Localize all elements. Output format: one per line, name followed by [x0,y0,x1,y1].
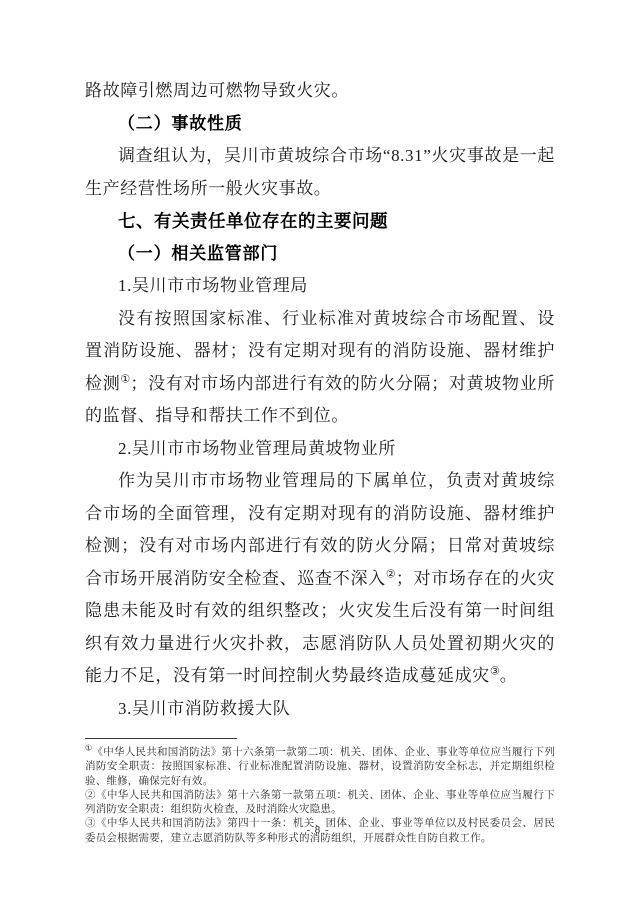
paragraph-accident-nature: 调查组认为，吴川市黄坡综合市场“8.31”火灾事故是一起生产经营性场所一般火灾事… [85,140,555,205]
heading-section-seven: 七、有关责任单位存在的主要问题 [85,205,555,238]
paragraph-huangpo-property-office: 作为吴川市市场物业管理局的下属单位，负责对黄坡综合市场的全面管理，没有定期对现有… [85,465,555,693]
page-number: - 8 - [0,824,636,836]
footnote-1: ①《中华人民共和国消防法》第十六条第一款第二项：机关、团体、企业、事业等单位应当… [85,746,555,789]
paragraph-text-segment: ；没有对市场内部进行有效的防火分隔；对黄坡物业所的监督、指导和帮扶工作不到位。 [85,374,555,426]
footnote-ref-2: ② [386,568,396,580]
document-page: 路故障引燃周边可燃物导致火灾。 （二）事故性质 调查组认为，吴川市黄坡综合市场“… [0,0,636,899]
heading-subsection-one: （一）相关监管部门 [85,238,555,271]
footnote-2: ②《中华人民共和国消防法》第十六条第一款第五项：机关、团体、企业、事业等单位应当… [85,789,555,818]
item-title-fire-rescue-brigade: 3.吴川市消防救援大队 [85,693,555,726]
item-title-market-property-bureau: 1.吴川市市场物业管理局 [85,270,555,303]
paragraph-text-segment: 。 [500,666,518,685]
paragraph-market-property-bureau: 没有按照国家标准、行业标准对黄坡综合市场配置、设置消防设施、器材；没有定期对现有… [85,303,555,433]
item-title-huangpo-property-office: 2.吴川市市场物业管理局黄坡物业所 [85,433,555,466]
heading-accident-nature: （二）事故性质 [85,108,555,141]
footnote-ref-3: ③ [490,665,500,677]
footnote-1-text: 《中华人民共和国消防法》第十六条第一款第二项：机关、团体、企业、事业等单位应当履… [85,747,555,787]
continued-paragraph-line: 路故障引燃周边可燃物导致火灾。 [85,75,555,108]
footnote-2-marker: ② [85,790,96,801]
document-body: 路故障引燃周边可燃物导致火灾。 （二）事故性质 调查组认为，吴川市黄坡综合市场“… [85,75,555,725]
footnote-divider [85,738,237,739]
footnote-ref-1: ① [120,373,130,385]
footnote-2-text: 《中华人民共和国消防法》第十六条第一款第五项：机关、团体、企业、事业等单位应当履… [85,790,555,815]
